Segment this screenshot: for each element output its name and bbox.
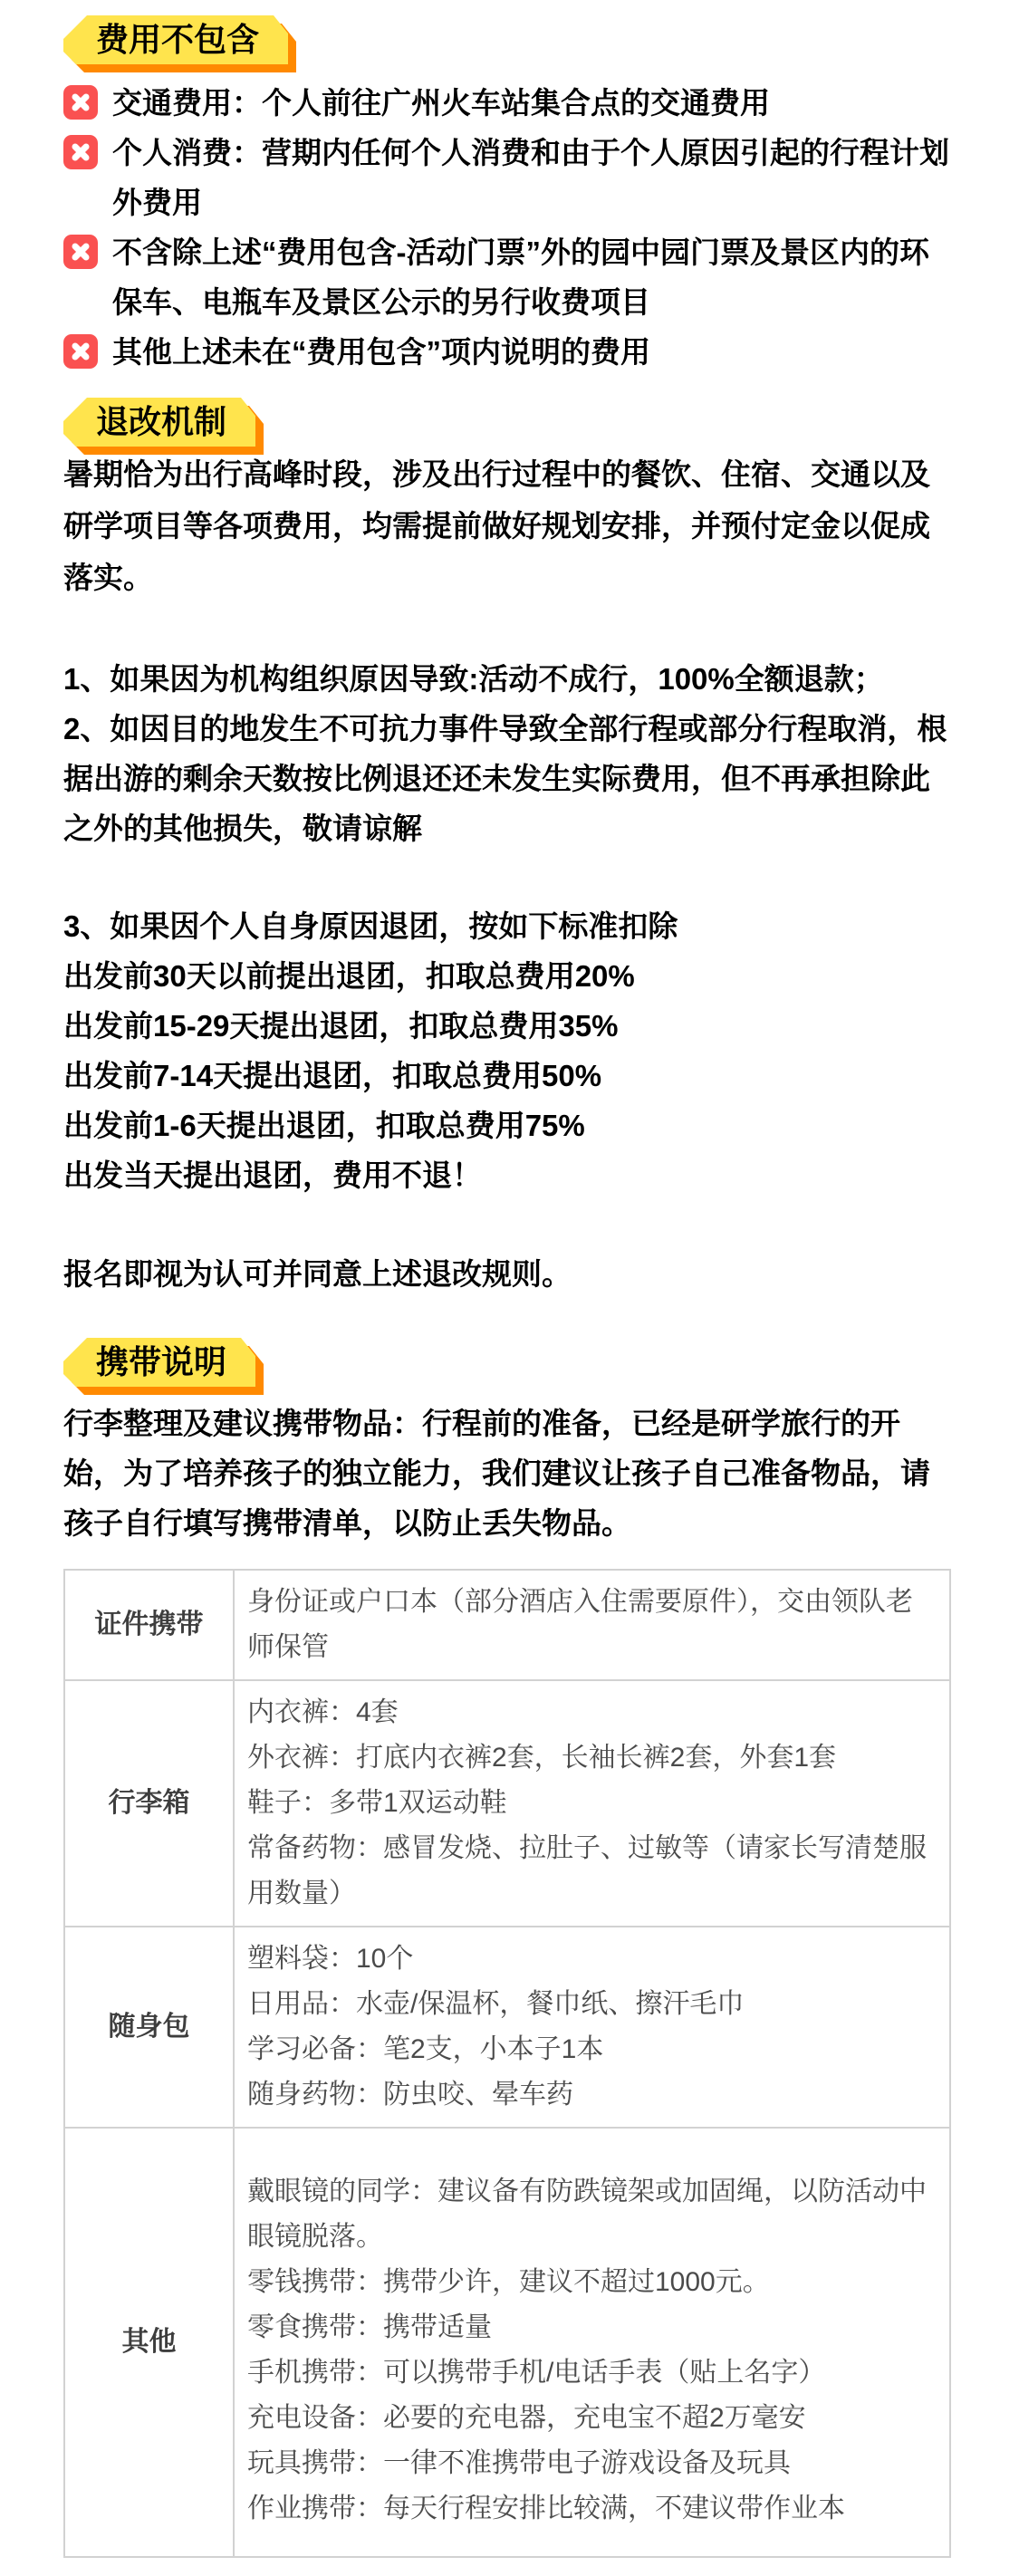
refund-rules-group-2: 3、如果因个人自身原因退团，按如下标准扣除 出发前30天以前提出退团，扣取总费用… [63,901,957,1200]
refund-rule-line: 出发前30天以前提出退团，扣取总费用20% [63,951,957,1001]
list-item: 交通费用：个人前往广州火车站集合点的交通费用 [63,78,957,128]
refund-rules-group-1: 1、如果因为机构组织原因导致:活动不成行，100%全额退款； 2、如因目的地发生… [63,654,957,853]
refund-rule-line: 出发前1-6天提出退团，扣取总费用75% [63,1101,957,1150]
refund-agreement-note: 报名即视为认可并同意上述退改规则。 [63,1249,957,1299]
x-mark-icon [63,235,98,269]
table-cell-line: 手机携带：可以携带手机/电话手表（贴上名字） [247,2350,931,2396]
row-content: 内衣裤：4套 外衣裤：打底内衣裤2套，长袖长裤2套，外套1套 鞋子：多带1双运动… [234,1680,950,1927]
list-item-text: 不含除上述“费用包含-活动门票”外的园中园门票及景区内的环保车、电瓶车及景区公示… [112,227,957,327]
table-row: 随身包 塑料袋：10个 日用品：水壶/保温杯，餐巾纸、擦汗毛巾 学习必备：笔2支… [64,1927,950,2128]
table-cell-line: 零食携带：携带适量 [247,2305,931,2350]
section-badge: 携带说明 [63,1338,255,1387]
table-cell-line: 日用品：水壶/保温杯，餐巾纸、擦汗毛巾 [247,1982,931,2027]
section-title-fees-excluded: 费用不包含 [63,15,288,64]
list-item-text: 个人消费：营期内任何个人消费和由于个人原因引起的行程计划外费用 [112,128,957,227]
list-item: 其他上述未在“费用包含”项内说明的费用 [63,327,957,377]
table-row: 其他 戴眼镜的同学：建议备有防跌镜架或加固绳，以防活动中眼镜脱落。 零钱携带：携… [64,2128,950,2557]
row-content: 身份证或户口本（部分酒店入住需要原件），交由领队老师保管 [234,1570,950,1680]
list-item-label: 个人消费： [112,136,262,169]
fees-excluded-list: 交通费用：个人前往广州火车站集合点的交通费用 个人消费：营期内任何个人消费和由于… [63,78,957,377]
table-cell-line: 鞋子：多带1双运动鞋 [247,1781,931,1826]
table-cell-line: 零钱携带：携带少许，建议不超过1000元。 [247,2260,931,2305]
section-fees-excluded-header: 费用不包含 [63,15,1019,64]
refund-rule-line: 1、如果因为机构组织原因导致:活动不成行，100%全额退款； [63,654,957,704]
list-item: 个人消费：营期内任何个人消费和由于个人原因引起的行程计划外费用 [63,128,957,227]
row-label-daypack: 随身包 [64,1927,234,2128]
list-item-text: 其他上述未在“费用包含”项内说明的费用 [112,327,957,377]
article-page: 费用不包含 交通费用：个人前往广州火车站集合点的交通费用 个人消费：营期内任何个… [0,0,1019,2558]
table-cell-line: 内衣裤：4套 [247,1690,931,1735]
table-cell-line: 塑料袋：10个 [247,1937,931,1982]
x-mark-icon [63,85,98,120]
section-badge: 退改机制 [63,398,255,447]
row-label-documents: 证件携带 [64,1570,234,1680]
refund-rule-line: 出发当天提出退团，费用不退！ [63,1150,957,1200]
packing-table: 证件携带 身份证或户口本（部分酒店入住需要原件），交由领队老师保管 行李箱 内衣… [63,1569,951,2558]
refund-rule-line: 出发前15-29天提出退团，扣取总费用35% [63,1001,957,1051]
row-label-suitcase: 行李箱 [64,1680,234,1927]
refund-intro-paragraph: 暑期恰为出行高峰时段，涉及出行过程中的餐饮、住宿、交通以及研学项目等各项费用，均… [63,448,957,603]
section-title-packing: 携带说明 [63,1338,255,1387]
section-refund-header: 退改机制 [63,398,1019,447]
row-label-other: 其他 [64,2128,234,2557]
table-cell-line: 充电设备：必要的充电器，充电宝不超2万毫安 [247,2396,931,2441]
x-mark-icon [63,135,98,169]
table-cell-line: 作业携带：每天行程安排比较满，不建议带作业本 [247,2486,931,2532]
table-cell-line: 玩具携带：一律不准携带电子游戏设备及玩具 [247,2441,931,2486]
packing-intro-paragraph: 行李整理及建议携带物品：行程前的准备，已经是研学旅行的开始，为了培养孩子的独立能… [63,1399,957,1548]
refund-rule-line: 3、如果因个人自身原因退团，按如下标准扣除 [63,901,957,951]
list-item: 不含除上述“费用包含-活动门票”外的园中园门票及景区内的环保车、电瓶车及景区公示… [63,227,957,327]
refund-rule-line: 2、如因目的地发生不可抗力事件导致全部行程或部分行程取消，根据出游的剩余天数按比… [63,704,957,853]
table-cell-line: 外衣裤：打底内衣裤2套，长袖长裤2套，外套1套 [247,1735,931,1781]
list-item-label: 交通费用： [112,86,262,120]
table-cell-line: 学习必备：笔2支，小本子1本 [247,2027,931,2072]
table-cell-line: 身份证或户口本（部分酒店入住需要原件），交由领队老师保管 [247,1580,931,1670]
table-row: 行李箱 内衣裤：4套 外衣裤：打底内衣裤2套，长袖长裤2套，外套1套 鞋子：多带… [64,1680,950,1927]
table-cell-line: 戴眼镜的同学：建议备有防跌镜架或加固绳，以防活动中眼镜脱落。 [247,2169,931,2260]
section-packing-header: 携带说明 [63,1338,1019,1387]
section-title-refund: 退改机制 [63,398,255,447]
table-cell-line: 常备药物：感冒发烧、拉肚子、过敏等（请家长写清楚服用数量） [247,1826,931,1917]
table-cell-line: 随身药物：防虫咬、晕车药 [247,2072,931,2118]
refund-rule-line: 出发前7-14天提出退团，扣取总费用50% [63,1051,957,1101]
section-badge: 费用不包含 [63,15,288,64]
row-content: 塑料袋：10个 日用品：水壶/保温杯，餐巾纸、擦汗毛巾 学习必备：笔2支，小本子… [234,1927,950,2128]
list-item-text: 交通费用：个人前往广州火车站集合点的交通费用 [112,78,957,128]
row-content: 戴眼镜的同学：建议备有防跌镜架或加固绳，以防活动中眼镜脱落。 零钱携带：携带少许… [234,2128,950,2557]
table-row: 证件携带 身份证或户口本（部分酒店入住需要原件），交由领队老师保管 [64,1570,950,1680]
packing-intro-label: 行李整理及建议携带物品： [63,1407,422,1440]
x-mark-icon [63,334,98,369]
